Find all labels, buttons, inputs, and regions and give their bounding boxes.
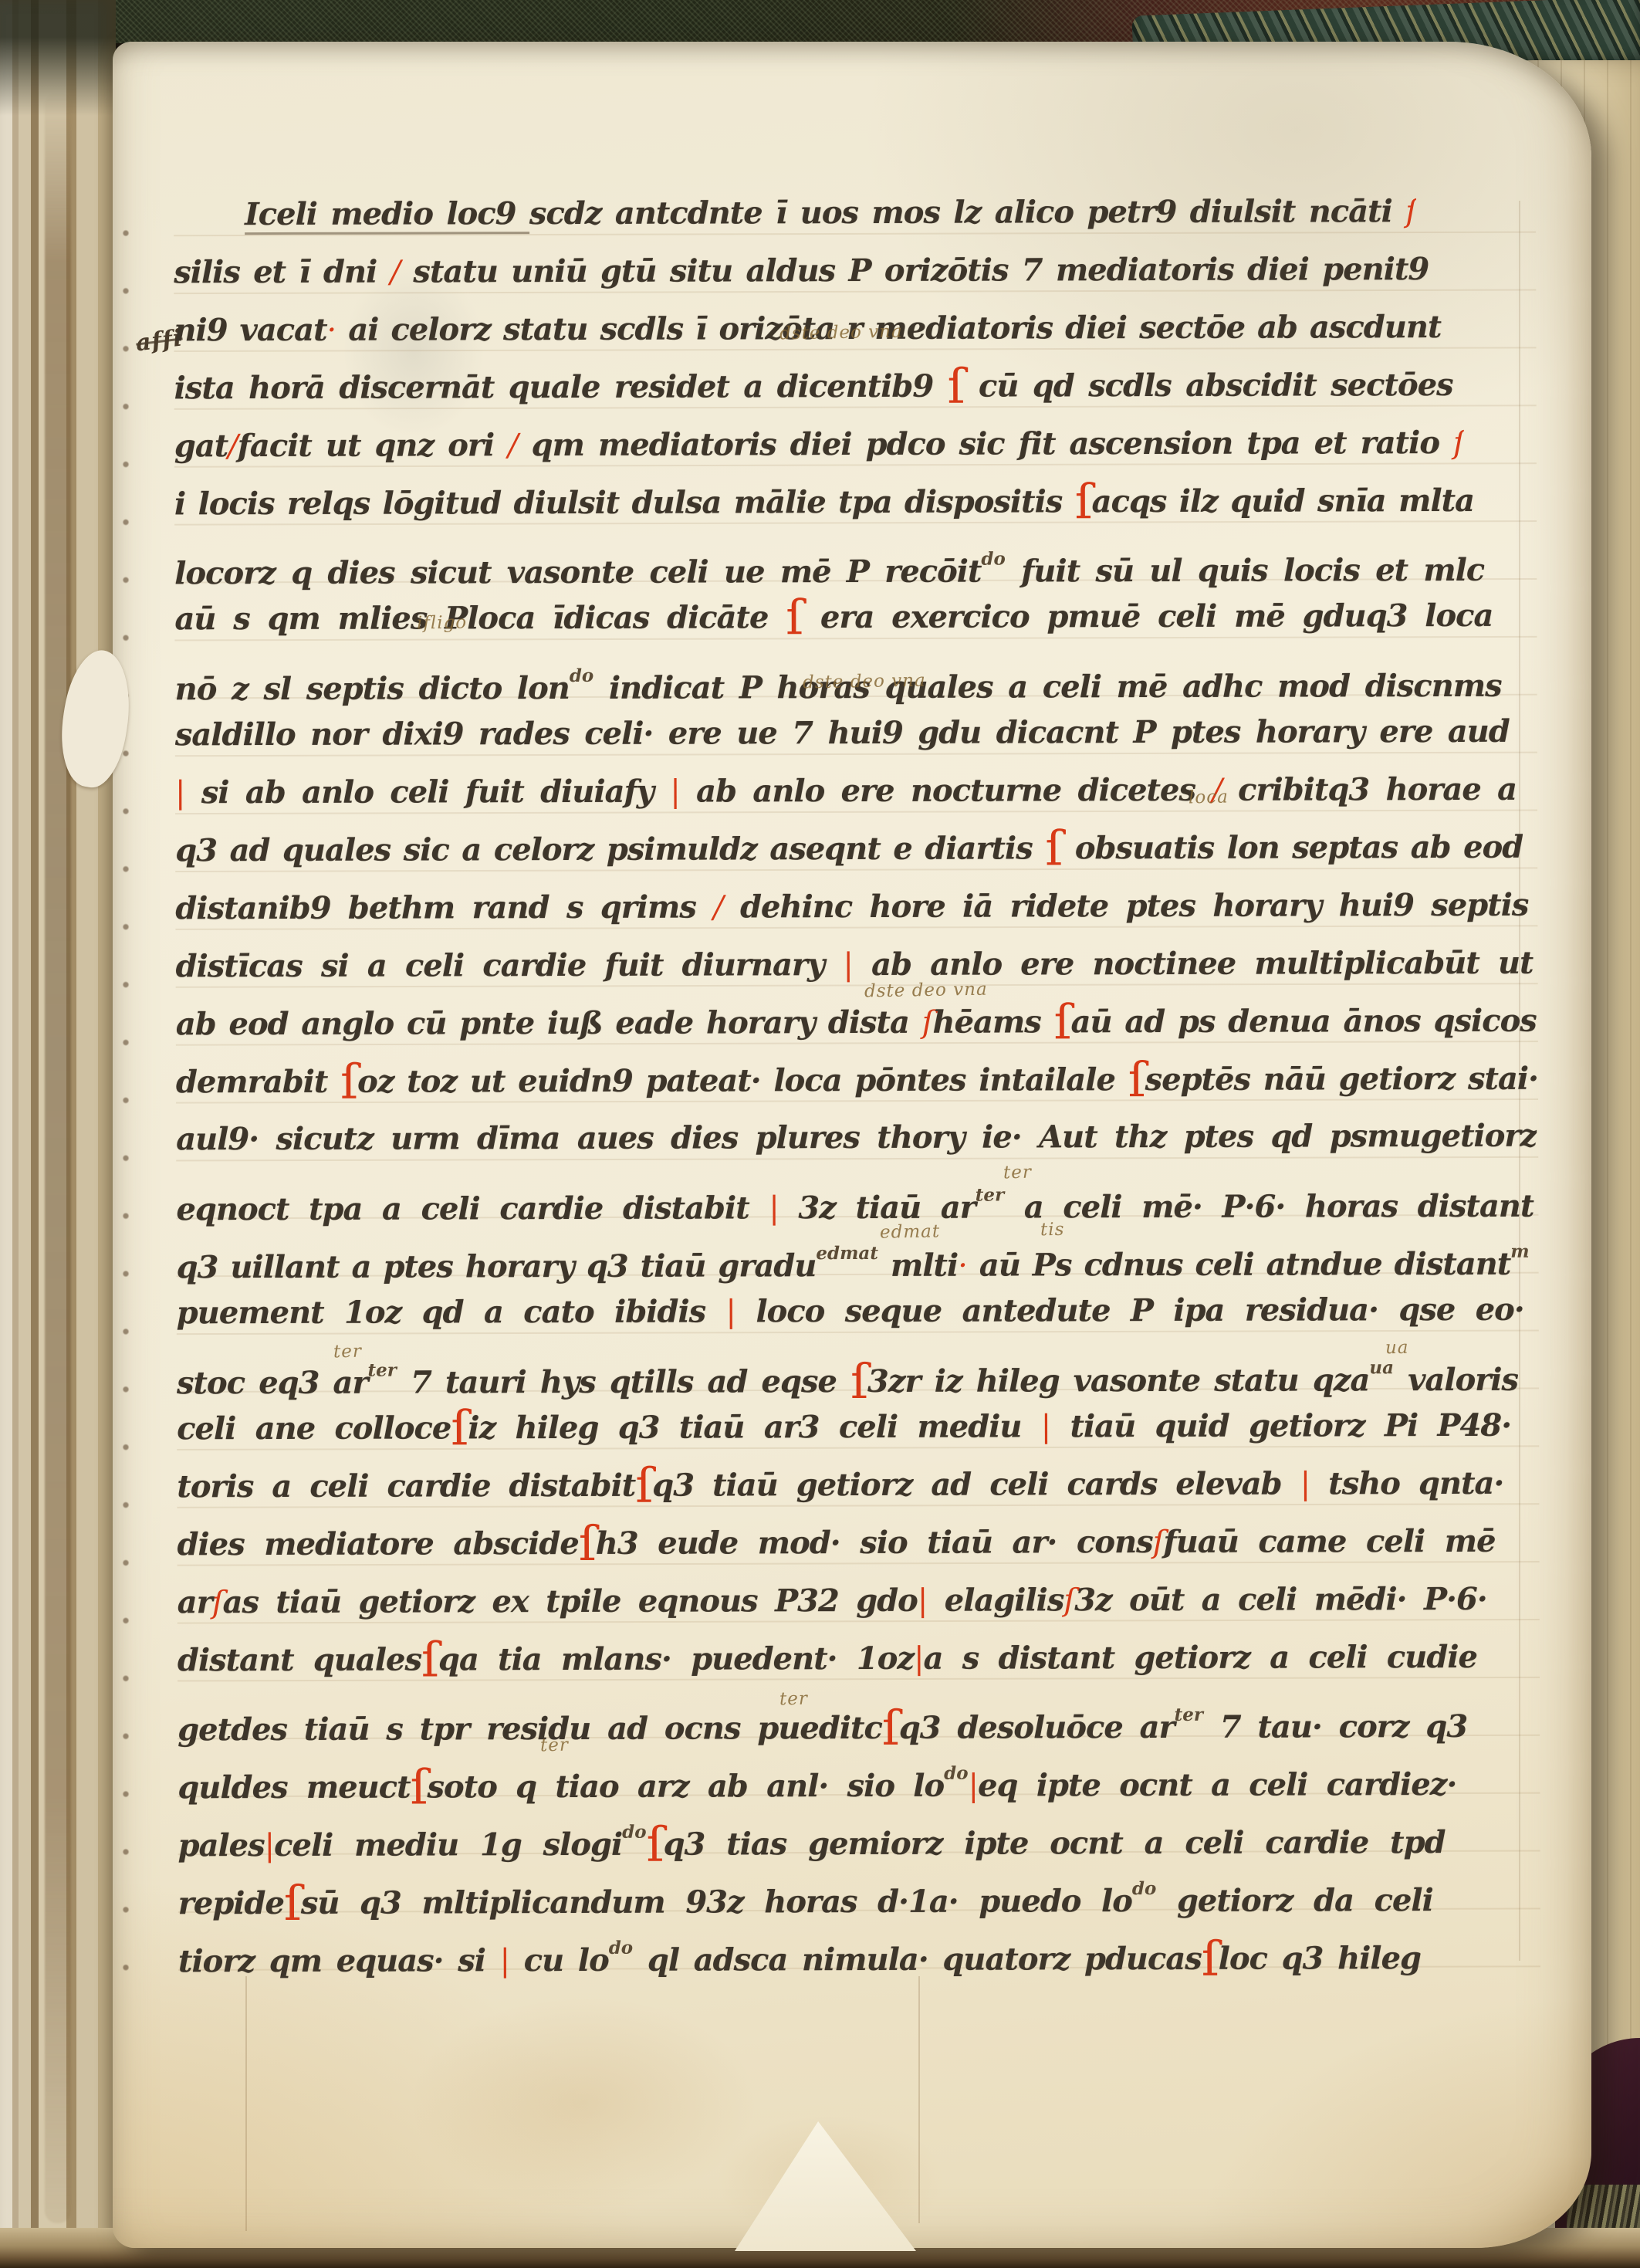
text-segment: edmat xyxy=(816,1243,878,1264)
rubric-mark: ſ xyxy=(1453,425,1464,461)
rubric-mark: ſ xyxy=(635,1458,652,1514)
text-line: Iceli medio loc9 scdz antcdnte ī uos mos… xyxy=(174,186,1416,247)
text-line: arſas tiaū getiorz ex tpile eqnous P32 g… xyxy=(178,1573,1487,1634)
interlinear-gloss: loca xyxy=(1189,787,1229,808)
text-line: q3 ad quales sic a celorz psimuldz aseqn… xyxy=(175,822,1523,884)
text-segment: do xyxy=(570,665,594,686)
rubric-mark: ſ xyxy=(1128,1053,1145,1107)
text-segment: ql adsca nimula· quatorz pducas xyxy=(633,1941,1202,1979)
rubric-mark: | xyxy=(265,1828,275,1863)
text-segment: cu lo xyxy=(509,1942,609,1979)
text-line: distant qualesſqa tia mlans· puedent· 1o… xyxy=(178,1631,1477,1692)
interlinear-gloss: dste deo vna xyxy=(803,671,926,693)
text-segment: getdes tiaū s tpr residu ad ocns pueditc xyxy=(178,1710,882,1748)
text-segment: aul9· sicutz urm dīma aues dies plures t… xyxy=(176,1118,1537,1173)
ruling-line-vertical xyxy=(918,1976,920,2223)
text-segment: tiorz qm equas· si xyxy=(178,1942,500,1979)
text-segment: do xyxy=(622,1822,647,1843)
text-segment: ter xyxy=(1175,1704,1203,1725)
text-segment: q3 tiaū getiorz ad celi cards elevab xyxy=(652,1465,1300,1503)
rubric-mark: ſ xyxy=(922,1004,933,1040)
text-segment: aū ad ps denua ānos qsicos xyxy=(1070,1002,1536,1040)
text-segment: do xyxy=(1132,1878,1157,1899)
text-segment: soto q tiao arz ab anl· sio lo xyxy=(427,1768,944,1806)
text-segment: ter xyxy=(976,1185,1004,1206)
rubric-mark: ſ xyxy=(1045,822,1062,877)
rubric-mark: ſ xyxy=(646,1816,663,1867)
text-segment: 3zr iz hileg vasonte statu qza xyxy=(867,1362,1370,1400)
text-segment: ar xyxy=(178,1584,212,1620)
text-segment: ista horā discernāt quale residet a dice… xyxy=(174,367,948,406)
rubric-mark: | xyxy=(843,947,853,983)
text-segment: demrabit xyxy=(176,1063,340,1100)
rubric-mark: ſ xyxy=(579,1516,596,1572)
text-line: toris a celi cardie distabitſq3 tiaū get… xyxy=(177,1458,1503,1520)
text-line: puement 1oz qd a cato ibidis | loco sequ… xyxy=(177,1285,1524,1346)
text-line: demrabit ſoz toz ut euidn9 pateat· loca … xyxy=(176,1053,1538,1115)
text-segment: septēs nāū getiorz stai· xyxy=(1145,1060,1538,1097)
text-segment: iz hileg q3 tiaū ar3 celi mediu xyxy=(468,1408,1041,1446)
text-segment: distanib9 bethm rand s qrims xyxy=(175,889,713,926)
rubric-mark: ſ xyxy=(882,1700,899,1750)
text-segment: si ab anlo celi fuit diuiafy xyxy=(184,773,670,811)
text-segment: silis et ī dni xyxy=(174,253,390,290)
rubric-mark: ſ xyxy=(1153,1525,1164,1560)
text-segment: scdz antcdnte ī uos mos lz alico petr9 d… xyxy=(529,193,1405,232)
text-segment: pales xyxy=(178,1827,265,1863)
text-line: | si ab anlo celi fuit diuiafy | ab anlo… xyxy=(175,764,1517,826)
text-line: eqnoct tpa a celi cardie distabit | 3z t… xyxy=(176,1169,1533,1230)
text-segment: q3 ad quales sic a celorz psimuldz aseqn… xyxy=(175,830,1045,868)
text-line: pales|celi mediu 1g slogidoſq3 tias gemi… xyxy=(178,1805,1445,1866)
rubric-mark: ſ xyxy=(212,1585,223,1620)
text-segment: q3 desoluōce ar xyxy=(899,1709,1175,1746)
text-line: distīcas si a celi cardie fuit diurnary … xyxy=(176,937,1533,999)
text-segment: distant quales xyxy=(178,1641,421,1678)
text-line: i locis relqs lōgitud diulsit dulsa māli… xyxy=(174,475,1474,536)
rubric-mark: ſ xyxy=(1053,995,1070,1050)
text-segment: elagilis xyxy=(927,1582,1063,1618)
text-segment: do xyxy=(944,1763,969,1784)
binding-groove xyxy=(45,93,71,2223)
rubric-mark: | xyxy=(175,775,185,811)
text-segment: ni9 vacat xyxy=(174,312,326,349)
interlinear-gloss: ifligo xyxy=(417,612,468,633)
text-segment: nō z sl septis dicto lon xyxy=(175,670,570,707)
text-segment: ter xyxy=(367,1360,396,1381)
rubric-mark: | xyxy=(670,774,680,810)
text-segment: quldes meuct xyxy=(178,1769,410,1806)
text-segment: celi ane colloce xyxy=(177,1410,451,1447)
text-line: distanib9 bethm rand s qrims / dehinc ho… xyxy=(175,880,1528,942)
ruling-line-vertical xyxy=(245,1976,247,2231)
rubric-mark: ſ xyxy=(410,1759,427,1809)
rubric-mark: ſ xyxy=(1075,475,1092,529)
text-line: celi ane colloceſiz hileg q3 tiaū ar3 ce… xyxy=(177,1400,1511,1462)
rubric-mark: ſ xyxy=(786,591,803,645)
text-line: getdes tiaū s tpr residu ad ocns pueditc… xyxy=(178,1689,1467,1750)
text-line: silis et ī dni / statu uniū gtū situ ald… xyxy=(174,244,1429,305)
text-line: repideſsū q3 mltiplicandum 93z horas d·1… xyxy=(178,1863,1433,1924)
manuscript-photo: affi Iceli medio loc9 scdz antcdnte ī uo… xyxy=(0,0,1640,2268)
text-segment: stoc eq3 ar xyxy=(177,1365,368,1402)
text-segment: h3 eude mod· sio tiaū ar· cons xyxy=(596,1524,1153,1562)
text-line: aul9· sicutz urm dīma aues dies plures t… xyxy=(176,1111,1537,1173)
text-segment: repide xyxy=(178,1885,284,1921)
text-segment: gat xyxy=(174,428,228,464)
rubric-mark: ſ xyxy=(1405,194,1416,229)
text-line: quldes meuctſsoto q tiao arz ab anl· sio… xyxy=(178,1747,1456,1808)
rubric-mark: ſ xyxy=(1063,1583,1074,1618)
pricking-holes xyxy=(122,228,131,1977)
rubric-mark: ſ xyxy=(284,1875,301,1924)
text-segment: as tiaū getiorz ex tpile eqnous P32 gdo xyxy=(222,1582,917,1620)
rubric-mark: | xyxy=(725,1295,735,1330)
rubric-mark: ſ xyxy=(948,360,965,415)
text-segment: mlti xyxy=(878,1247,958,1284)
interlinear-gloss: ua xyxy=(1385,1338,1409,1359)
rubric-mark: / xyxy=(228,428,238,464)
text-segment: do xyxy=(981,549,1006,570)
rubric-mark: ſ xyxy=(850,1353,867,1403)
text-segment: ab eod anglo cū pnte iuß eade horary dis… xyxy=(176,1004,922,1042)
text-segment: hēams xyxy=(932,1004,1053,1040)
rubric-mark: / xyxy=(508,428,518,463)
text-line: locorz q dies sicut vasonte celi ue mē P… xyxy=(174,533,1484,594)
text-line: stoc eq3 arter 7 tauri hys qtills ad eqs… xyxy=(177,1342,1518,1404)
interlinear-gloss: ter xyxy=(779,1689,808,1710)
interlinear-gloss: dste deo vna xyxy=(779,322,903,344)
rubric-mark: ſ xyxy=(340,1053,357,1109)
text-segment: m xyxy=(1510,1241,1529,1262)
text-segment: distīcas si a celi cardie fuit diurnary xyxy=(176,946,844,984)
rubric-mark: | xyxy=(969,1769,979,1804)
rubric-mark: ſ xyxy=(421,1631,438,1687)
text-segment: acqs ilz quid snīa mlta xyxy=(1092,482,1475,519)
text-segment: 3z tiaū ar xyxy=(779,1190,976,1227)
text-line: aū s qm mlies Ploca īdicas dicāte ſ era … xyxy=(174,591,1493,652)
text-segment: dies mediatore abscide xyxy=(177,1525,578,1562)
interlinear-gloss: edmat xyxy=(880,1221,941,1242)
rubric-mark: ſ xyxy=(1202,1931,1219,1982)
rubric-mark: · xyxy=(326,313,336,348)
text-segment: saldillo nor dixi9 rades celi· ere ue 7 … xyxy=(175,713,1510,768)
text-segment: indicat P horas quales a celi mē adhc mo… xyxy=(593,668,1501,706)
text-line: ab eod anglo cū pnte iuß eade horary dis… xyxy=(176,995,1537,1057)
text-segment: eqnoct tpa a celi cardie distabit xyxy=(176,1190,769,1228)
text-segment: 7 tauri hys qtills ad eqse xyxy=(397,1363,850,1401)
text-segment: Iceli medio loc9 xyxy=(245,195,529,235)
text-segment: toris a celi cardie distabit xyxy=(177,1467,635,1505)
text-line: dies mediatore abscideſh3 eude mod· sio … xyxy=(177,1516,1495,1577)
text-segment: q3 uillant a ptes horary q3 tiaū gradu xyxy=(177,1247,817,1285)
text-segment: facit ut qnz ori xyxy=(238,427,509,464)
rubric-mark: / xyxy=(391,254,401,289)
text-line: q3 uillant a ptes horary q3 tiaū gradued… xyxy=(176,1227,1529,1288)
text-segment: oz toz ut euidn9 pateat· loca pōntes int… xyxy=(357,1061,1128,1100)
text-segment: qa tia mlans· puedent· 1oz xyxy=(438,1640,914,1677)
interlinear-gloss: ter xyxy=(333,1342,362,1362)
text-line: gat/facit ut qnz ori / qm mediatoris die… xyxy=(174,418,1464,479)
rubric-mark: | xyxy=(918,1583,928,1618)
text-segment: qm mediatoris diei pdco sic fit ascensio… xyxy=(518,425,1453,463)
text-segment: i locis relqs lōgitud diulsit dulsa māli… xyxy=(174,483,1075,522)
rubric-mark: ſ xyxy=(451,1400,468,1457)
text-line: ista horā discernāt quale residet a dice… xyxy=(174,360,1453,421)
text-segment: sū q3 mltiplicandum 93z horas d·1a· pued… xyxy=(301,1883,1132,1921)
rubric-mark: | xyxy=(1041,1409,1051,1444)
text-segment: ab anlo ere nocturne dicetes xyxy=(680,772,1212,810)
text-block: Iceli medio loc9 scdz antcdnte ī uos mos… xyxy=(174,186,1540,1989)
rubric-mark: | xyxy=(1300,1466,1310,1501)
rubric-mark: | xyxy=(500,1943,510,1979)
rubric-mark: | xyxy=(769,1191,779,1227)
text-segment: puement 1oz qd a cato ibidis xyxy=(177,1294,726,1332)
rubric-mark: | xyxy=(914,1640,924,1676)
interlinear-gloss: tis xyxy=(1040,1220,1065,1241)
text-segment: ua xyxy=(1369,1357,1394,1378)
text-segment: do xyxy=(609,1938,634,1958)
rubric-mark: / xyxy=(713,889,723,925)
text-segment: celi mediu 1g slogi xyxy=(274,1826,622,1863)
text-line: saldillo nor dixi9 rades celi· ere ue 7 … xyxy=(175,706,1510,768)
text-segment: aū s qm mlies Ploca īdicas dicāte xyxy=(174,600,786,638)
text-segment: locorz q dies sicut vasonte celi ue mē P… xyxy=(174,553,981,592)
rubric-mark: · xyxy=(958,1248,967,1284)
text-segment: aū Ps cdnus celi atndue distant xyxy=(967,1246,1510,1284)
interlinear-gloss: ter xyxy=(540,1735,569,1756)
interlinear-gloss: ter xyxy=(1003,1163,1032,1183)
text-line: tiorz qm equas· si | cu lodo ql adsca ni… xyxy=(178,1921,1421,1982)
interlinear-gloss: dste deo vna xyxy=(864,980,988,1002)
